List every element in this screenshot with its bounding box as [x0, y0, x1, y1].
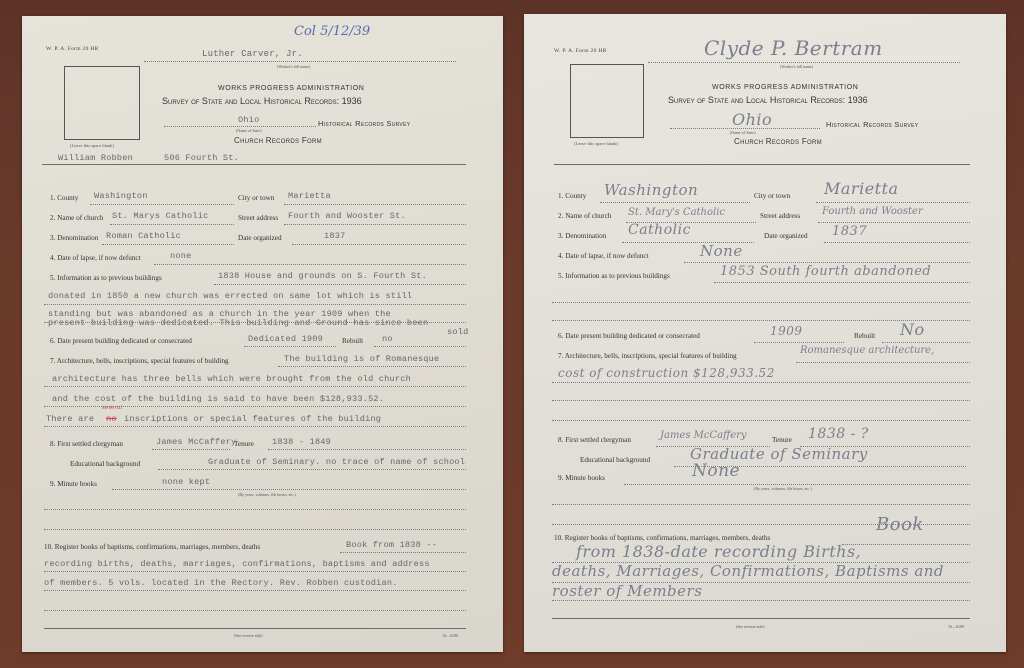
- minute-books-line: [624, 484, 970, 485]
- previous-buildings-label: 5. Information as to previous buildings: [50, 274, 162, 282]
- church-name-value: St. Mary's Catholic: [628, 207, 725, 218]
- form-title: Church Records Form: [234, 136, 322, 145]
- register-label: 10. Register books of baptisms, confirma…: [44, 543, 260, 551]
- previous-buildings-sold: sold: [447, 327, 468, 337]
- previous-buildings-line-1: 1838 House and grounds on S. Fourth St.: [218, 271, 427, 281]
- worker-name: Clyde P. Bertram: [704, 36, 883, 60]
- architecture-rule-2: [44, 386, 466, 387]
- register-line-3: deaths, Marriages, Confirmations, Baptis…: [552, 562, 944, 580]
- church-name-value: St. Marys Catholic: [112, 211, 208, 221]
- rebuilt-line: [882, 342, 970, 343]
- street-value: Fourth and Wooster: [822, 206, 923, 217]
- minute-books-rule-2: [44, 509, 466, 510]
- clergyman-label: 8. First settled clergyman: [558, 436, 631, 444]
- education-label: Educational background: [70, 460, 140, 468]
- county-label: 1. County: [558, 192, 586, 200]
- footer-rule: [44, 628, 466, 629]
- tenure-label: Tenure: [234, 440, 254, 448]
- minute-books-rule-2: [552, 504, 970, 505]
- register-line-2: from 1838-date recording Births,: [576, 542, 861, 561]
- rebuilt-line: [374, 346, 466, 347]
- footer-note: (See reverse side): [736, 624, 764, 629]
- review-annotation: Col 5/12/39: [294, 24, 370, 39]
- denomination-label: 3. Denomination: [50, 234, 98, 242]
- organized-label: Date organized: [764, 232, 808, 240]
- organized-line: [824, 242, 970, 243]
- lapse-value: None: [700, 242, 743, 260]
- previous-line-rule-3: [44, 322, 466, 323]
- right-church-records-form: W. P. A. Form 20 HR (Leave this space bl…: [524, 14, 1006, 652]
- lapse-value: none: [170, 251, 191, 261]
- survey-name: Historical Records Survey: [318, 119, 410, 128]
- architecture-rule-4: [552, 420, 970, 421]
- register-label: 10. Register books of baptisms, confirma…: [554, 534, 770, 542]
- agency-title: WORKS PROGRESS ADMINISTRATION: [218, 85, 364, 92]
- street-line: [284, 224, 466, 225]
- survey-name: Historical Records Survey: [826, 120, 918, 129]
- architecture-label: 7. Architecture, bells, inscriptions, sp…: [50, 357, 229, 365]
- dedicated-label: 6. Date present building dedicated or co…: [558, 332, 700, 340]
- organized-label: Date organized: [238, 234, 282, 242]
- street-value: Fourth and Wooster St.: [288, 211, 406, 221]
- architecture-rule-4: [44, 426, 466, 427]
- informant-name: William Robben: [58, 153, 133, 163]
- photo-box: [570, 64, 644, 138]
- state-name: Ohio: [732, 110, 772, 129]
- architecture-line-2: architecture has three bells which were …: [52, 374, 411, 384]
- footer-code: 16—6180: [948, 624, 964, 629]
- register-rule-3: [44, 590, 466, 591]
- minute-books-label: 9. Minute books: [558, 474, 605, 482]
- survey-title: Survey of State and Local Historical Rec…: [162, 96, 362, 106]
- state-caption: (Name of State): [236, 128, 262, 133]
- city-line: [816, 202, 970, 203]
- minute-books-label: 9. Minute books: [50, 480, 97, 488]
- worker-name-line: [144, 61, 456, 62]
- denomination-line: [102, 244, 234, 245]
- architecture-line-1: Romanesque architecture,: [800, 345, 934, 356]
- header-divider: [554, 164, 970, 165]
- footer-rule: [552, 618, 970, 619]
- worker-name-caption: (Worker's full name): [277, 64, 310, 69]
- previous-buildings-value: 1853 South fourth abandoned: [720, 264, 931, 279]
- minute-books-rule-3: [44, 529, 466, 530]
- lapse-line: [684, 262, 970, 263]
- state-name: Ohio: [238, 115, 259, 125]
- architecture-correction: several: [102, 405, 122, 411]
- architecture-rule-1: [278, 366, 466, 367]
- architecture-label: 7. Architecture, bells, inscriptions, sp…: [558, 352, 737, 360]
- register-line-2: recording births, deaths, marriages, con…: [44, 559, 430, 569]
- minute-books-value: none kept: [162, 477, 210, 487]
- architecture-line-2: cost of construction $128,933.52: [558, 366, 775, 380]
- rebuilt-value: No: [900, 320, 925, 339]
- street-line: [818, 222, 970, 223]
- lapse-line: [154, 264, 466, 265]
- clergyman-value: James McCaffery: [156, 437, 236, 447]
- dedicated-line: [244, 346, 336, 347]
- previous-buildings-label: 5. Information as to previous buildings: [558, 272, 670, 280]
- architecture-prefix: There are: [46, 414, 94, 424]
- previous-rule-1: [714, 282, 970, 283]
- rebuilt-value: no: [382, 334, 393, 344]
- denomination-value: Roman Catholic: [106, 231, 181, 241]
- architecture-rule-2: [552, 382, 970, 383]
- form-number: W. P. A. Form 20 HR: [554, 48, 607, 54]
- register-line-1: Book from 1838 --: [346, 540, 437, 550]
- clergyman-label: 8. First settled clergyman: [50, 440, 123, 448]
- left-church-records-form: Col 5/12/39 W. P. A. Form 20 HR (Leave t…: [22, 16, 503, 652]
- footer-note: (See reverse side): [234, 633, 262, 638]
- form-number: W. P. A. Form 20 HR: [46, 46, 99, 52]
- tenure-value: 1838 - ?: [808, 426, 869, 442]
- previous-line-rule-2: [44, 304, 466, 305]
- architecture-struck-word: no: [106, 414, 117, 424]
- church-name-line: [110, 224, 234, 225]
- state-line: [670, 128, 820, 129]
- register-rule-2: [44, 571, 466, 572]
- county-label: 1. County: [50, 194, 78, 202]
- minute-books-value: None: [692, 461, 740, 481]
- organized-value: 1837: [324, 231, 345, 241]
- state-line: [164, 126, 316, 127]
- denomination-label: 3. Denomination: [558, 232, 606, 240]
- previous-buildings-line-2: donated in 1850 a new church was errecte…: [48, 291, 412, 301]
- education-label: Educational background: [580, 456, 650, 464]
- previous-buildings-line-4: present building was dedicated. This bui…: [48, 318, 428, 328]
- architecture-rule-1: [796, 362, 970, 363]
- clergyman-value: James McCaffery: [660, 430, 747, 441]
- county-value: Washington: [604, 181, 698, 199]
- tenure-label: Tenure: [772, 436, 792, 444]
- architecture-line-4: inscriptions or special features of the …: [124, 414, 381, 424]
- street-label: Street address: [238, 214, 278, 222]
- dedicated-value: Dedicated 1909: [248, 334, 323, 344]
- photo-caption: (Leave this space blank): [574, 141, 618, 146]
- agency-title: WORKS PROGRESS ADMINISTRATION: [712, 84, 858, 91]
- photo-caption: (Leave this space blank): [70, 143, 114, 148]
- register-line-1: Book: [876, 514, 924, 535]
- tenure-line: [268, 449, 466, 450]
- city-label: City or town: [754, 192, 790, 200]
- organized-value: 1837: [832, 224, 867, 239]
- architecture-line-1: The building is of Romanesque: [284, 354, 439, 364]
- denomination-value: Catholic: [628, 222, 691, 238]
- city-value: Marietta: [824, 179, 899, 198]
- dedicated-line: [754, 342, 844, 343]
- rebuilt-label: Rebuilt: [342, 337, 363, 345]
- previous-rule-2: [552, 302, 970, 303]
- church-name-label: 2. Name of church: [558, 212, 612, 220]
- informant-address: 506 Fourth St.: [164, 153, 239, 163]
- minute-books-caption: (By years, volumes, file boxes, etc.): [754, 486, 812, 491]
- county-line: [600, 202, 750, 203]
- dedicated-value: 1909: [770, 324, 803, 338]
- architecture-rule-3: [552, 400, 970, 401]
- lapse-label: 4. Date of lapse, if now defunct: [558, 252, 649, 260]
- register-rule-1: [340, 552, 466, 553]
- state-caption: (Name of State): [730, 130, 756, 135]
- architecture-line-3: and the cost of the building is said to …: [52, 394, 384, 404]
- header-divider: [42, 164, 466, 165]
- form-title: Church Records Form: [734, 137, 822, 146]
- worker-name-line: [648, 62, 960, 63]
- previous-line-rule-1: [214, 284, 466, 285]
- minute-books-caption: (By years, volumes, file boxes, etc.): [238, 492, 296, 497]
- church-name-label: 2. Name of church: [50, 214, 104, 222]
- county-value: Washington: [94, 191, 148, 201]
- clergyman-line: [152, 449, 230, 450]
- worker-name-caption: (Worker's full name): [780, 64, 813, 69]
- city-line: [284, 204, 466, 205]
- photo-box: [64, 66, 140, 140]
- organized-line: [292, 244, 466, 245]
- dedicated-label: 6. Date present building dedicated or co…: [50, 337, 192, 345]
- register-rule-4: [552, 600, 970, 601]
- register-rule-4: [44, 610, 466, 611]
- minute-books-line: [112, 489, 466, 490]
- footer-code: 16—6180: [442, 633, 458, 638]
- rebuilt-label: Rebuilt: [854, 332, 875, 340]
- register-line-3: of members. 5 vols. located in the Recto…: [44, 578, 398, 588]
- tenure-value: 1838 - 1849: [272, 437, 331, 447]
- education-line: [158, 469, 466, 470]
- register-line-4: roster of Members: [552, 582, 702, 600]
- street-label: Street address: [760, 212, 800, 220]
- county-line: [90, 204, 234, 205]
- education-value: Graduate of Seminary. no trace of name o…: [208, 457, 465, 467]
- worker-name: Luther Carver, Jr.: [202, 49, 303, 59]
- city-label: City or town: [238, 194, 274, 202]
- city-value: Marietta: [288, 191, 331, 201]
- survey-title: Survey of State and Local Historical Rec…: [668, 95, 868, 105]
- lapse-label: 4. Date of lapse, if now defunct: [50, 254, 141, 262]
